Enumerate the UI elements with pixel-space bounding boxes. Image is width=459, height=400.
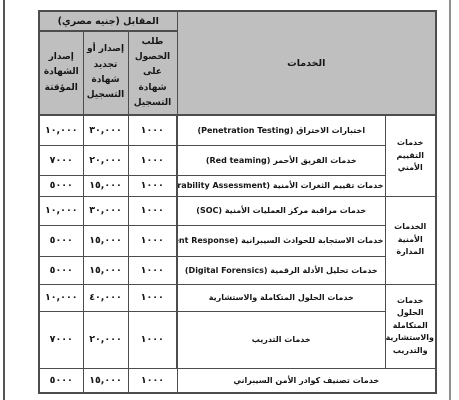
table-row: خدمات تقييم الثغرات الأمنية (Vulnerabili… [39,175,436,196]
category-cell: الخدمات الأمنية المدارة [385,196,436,284]
price-temporary-certificate-cell: ١٠,٠٠٠ [39,196,83,225]
category-cell: خدمات الحلول المتكاملة والاستشارية والتد… [385,284,436,368]
price-registration-request-cell: ١٠٠٠ [128,256,177,284]
price-registration-request-cell: ١٠٠٠ [128,145,177,175]
price-temporary-certificate-cell: ٥٠٠٠ [39,256,83,284]
price-temporary-certificate-cell: ٥٠٠٠ [39,368,83,393]
price-issue-or-renew-cell: ٢٠,٠٠٠ [83,145,128,175]
page-frame-left-line [3,0,5,400]
price-group-header: المقابل (جنيه مصري) [39,11,177,31]
table-row: خدمات التقييم الأمنياختبارات الاختراق (P… [39,115,436,145]
price-registration-request-cell: ١٠٠٠ [128,311,177,368]
price-registration-request-cell: ١٠٠٠ [128,225,177,256]
services-pricing-table: الخدمات المقابل (جنيه مصري) طلب الحصول ع… [38,10,437,394]
service-cell: خدمات الفريق الأحمر (Red teaming) [177,145,385,175]
price-temporary-certificate-cell: ٥٠٠٠ [39,225,83,256]
price-temporary-certificate-cell: ١٠,٠٠٠ [39,284,83,311]
price-issue-or-renew-cell: ٤٠,٠٠٠ [83,284,128,311]
service-cell: خدمات الحلول المتكاملة والاستشارية [177,284,385,311]
header-row-top: الخدمات المقابل (جنيه مصري) [39,11,436,31]
price-temporary-certificate-cell: ١٠,٠٠٠ [39,115,83,145]
service-cell: خدمات التدريب [177,311,385,368]
price-registration-request-cell: ١٠٠٠ [128,196,177,225]
table-row: الخدمات الأمنية المدارةخدمات مراقبة مركز… [39,196,436,225]
col-header-temporary-certificate: إصدار الشهادة المؤقتة [39,31,83,115]
price-temporary-certificate-cell: ٧٠٠٠ [39,145,83,175]
price-issue-or-renew-cell: ١٥,٠٠٠ [83,256,128,284]
service-cell: اختبارات الاختراق (Penetration Testing) [177,115,385,145]
price-temporary-certificate-cell: ٥٠٠٠ [39,175,83,196]
price-registration-request-cell: ١٠٠٠ [128,115,177,145]
service-cell: خدمات تحليل الأدلة الرقمية (Digital Fore… [177,256,385,284]
col-header-registration-request: طلب الحصول على شهادة التسجيل [128,31,177,115]
price-temporary-certificate-cell: ٧٠٠٠ [39,311,83,368]
table-row: خدمات الفريق الأحمر (Red teaming)١٠٠٠٢٠,… [39,145,436,175]
table-row: خدمات التدريب١٠٠٠٢٠,٠٠٠٧٠٠٠ [39,311,436,368]
table-row: خدمات الحلول المتكاملة والاستشارية والتد… [39,284,436,311]
table-row: خدمات الاستجابة للحوادث السيبرانية (Inci… [39,225,436,256]
category-cell: خدمات التقييم الأمني [385,115,436,196]
price-issue-or-renew-cell: ٣٠,٠٠٠ [83,115,128,145]
price-issue-or-renew-cell: ٣٠,٠٠٠ [83,196,128,225]
price-registration-request-cell: ١٠٠٠ [128,368,177,393]
price-issue-or-renew-cell: ٢٠,٠٠٠ [83,311,128,368]
table-row: خدمات تحليل الأدلة الرقمية (Digital Fore… [39,256,436,284]
services-column-header: الخدمات [177,11,436,115]
price-issue-or-renew-cell: ١٥,٠٠٠ [83,368,128,393]
service-cell: خدمات مراقبة مركز العمليات الأمنية (SOC) [177,196,385,225]
price-issue-or-renew-cell: ١٥,٠٠٠ [83,225,128,256]
service-cell: خدمات تقييم الثغرات الأمنية (Vulnerabili… [177,175,385,196]
col-header-issue-or-renew: إصدار أو تجديد شهادة التسجيل [83,31,128,115]
price-issue-or-renew-cell: ١٥,٠٠٠ [83,175,128,196]
table-row: خدمات تصنيف كوادر الأمن السيبراني١٠٠٠١٥,… [39,368,436,393]
service-cell: خدمات تصنيف كوادر الأمن السيبراني [177,368,436,393]
page-frame-right-line [449,0,451,400]
price-registration-request-cell: ١٠٠٠ [128,284,177,311]
service-cell: خدمات الاستجابة للحوادث السيبرانية (Inci… [177,225,385,256]
price-registration-request-cell: ١٠٠٠ [128,175,177,196]
